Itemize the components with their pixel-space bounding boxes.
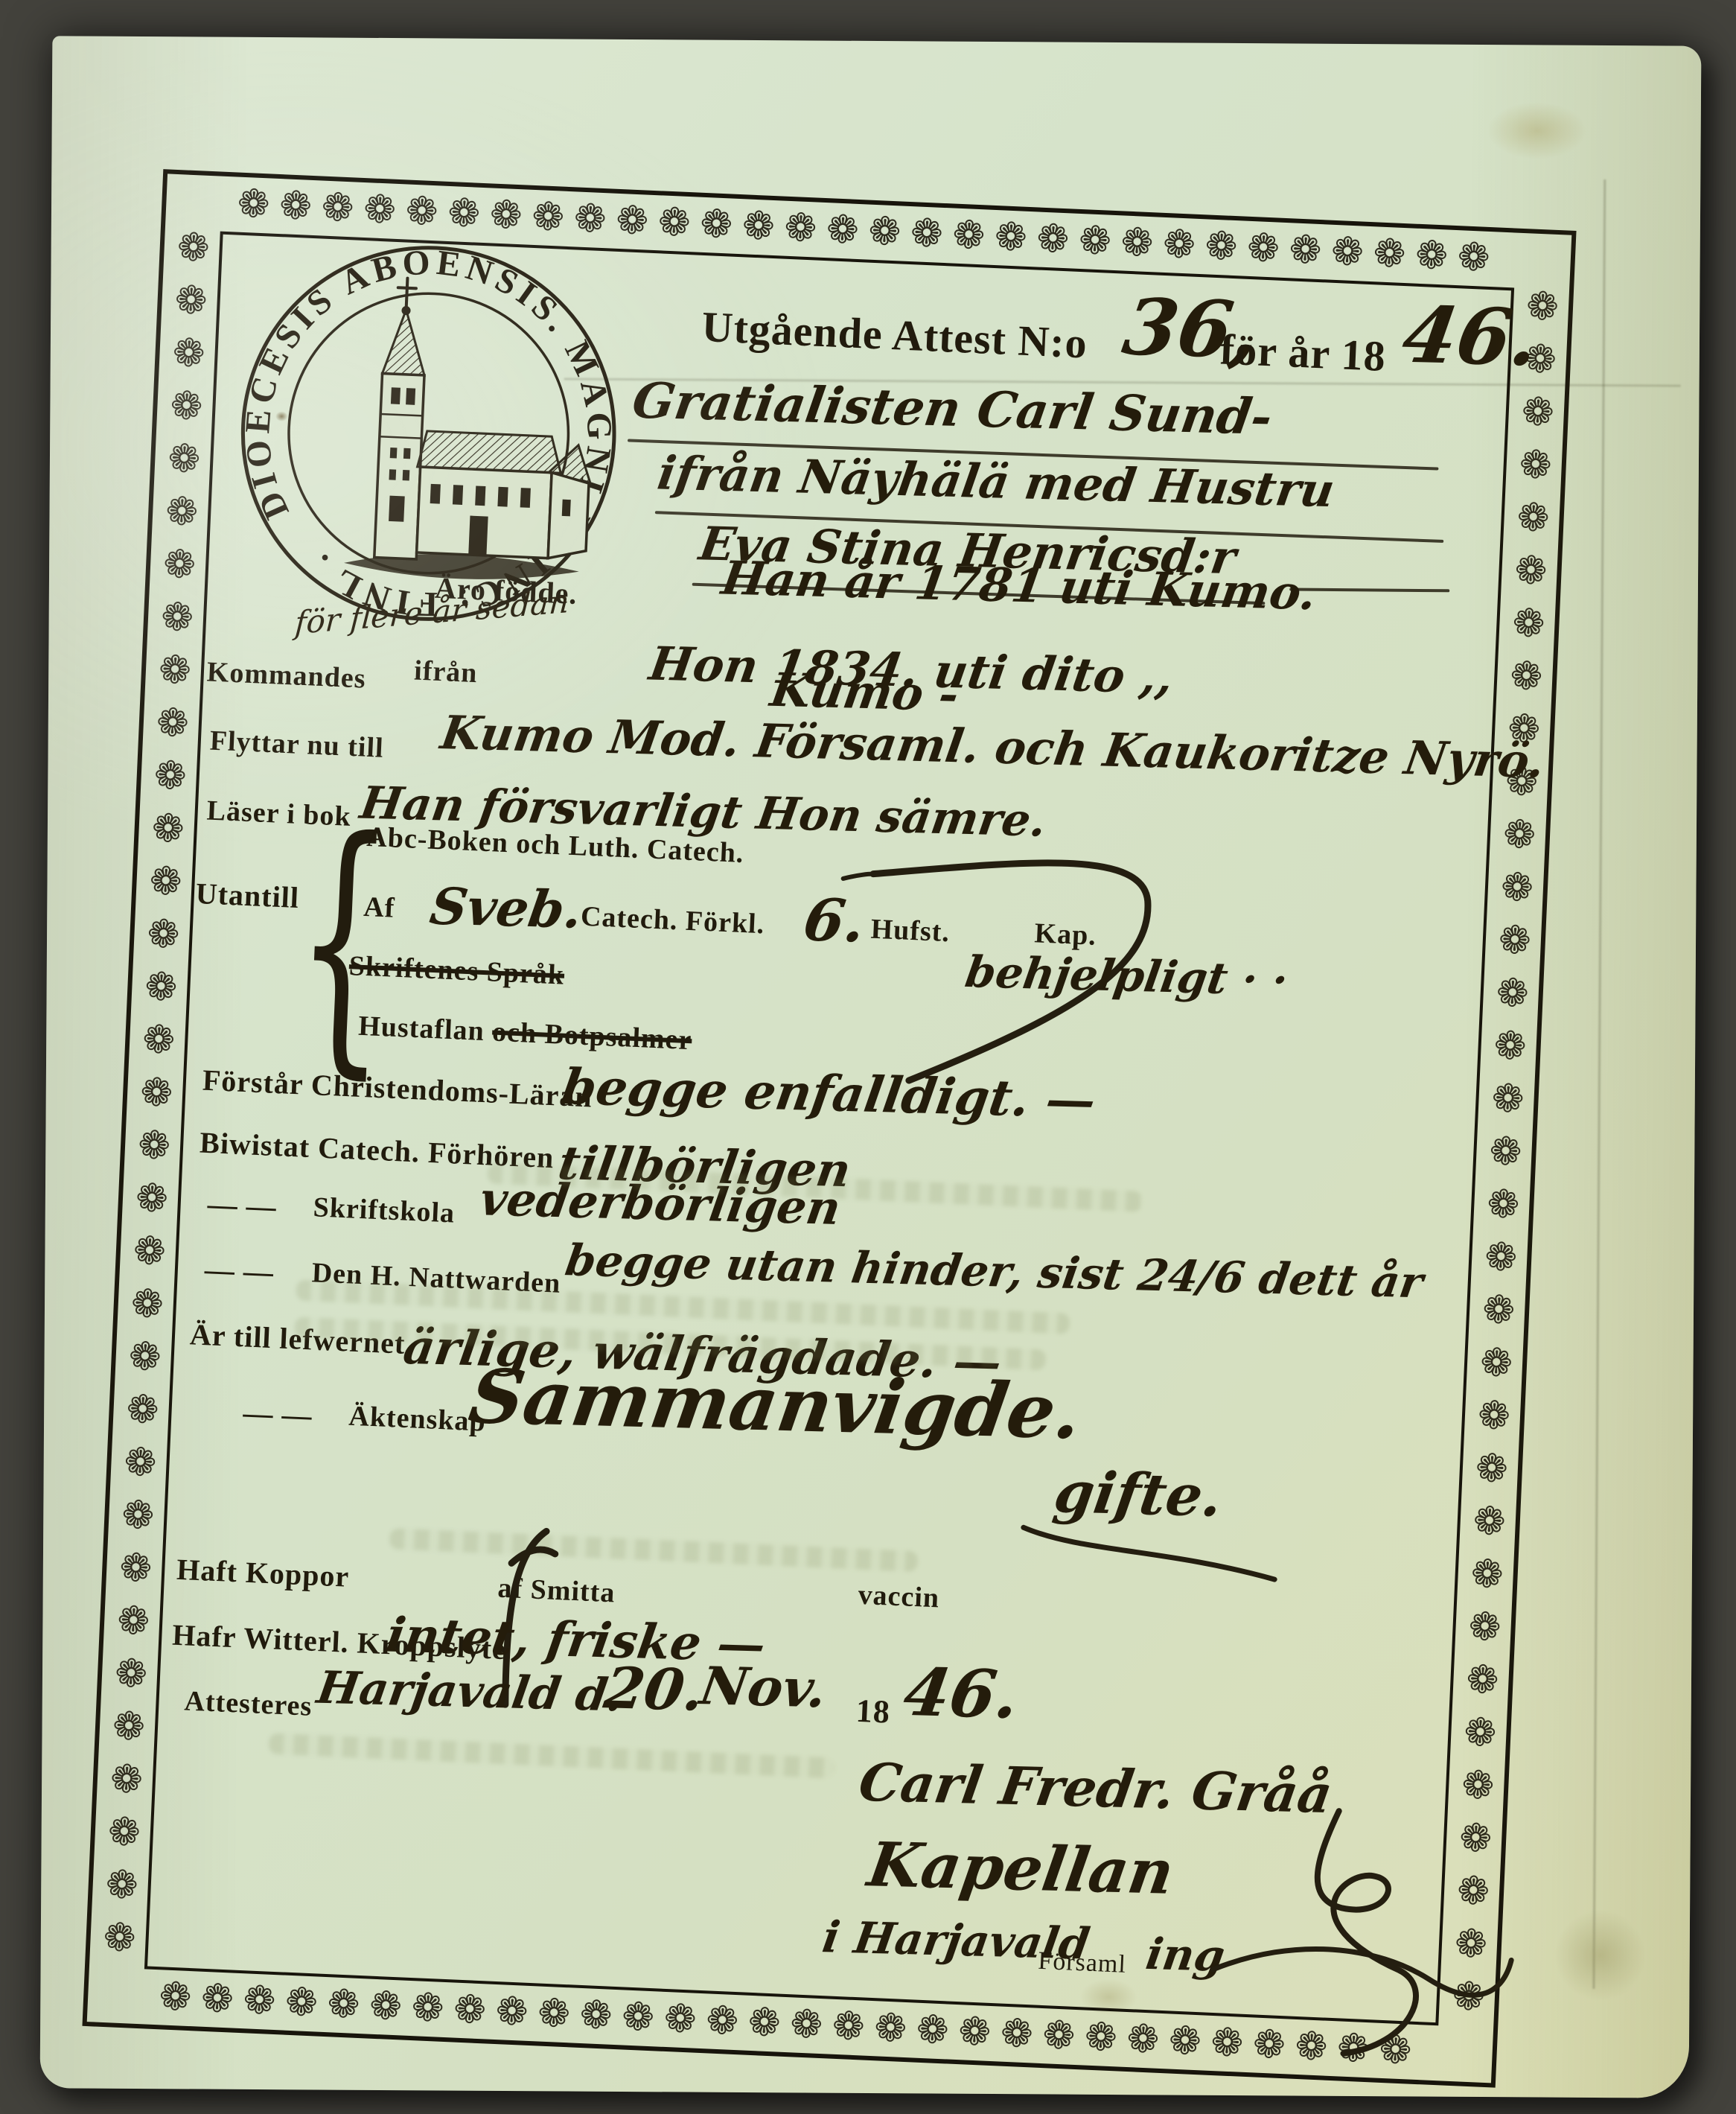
origin-line: ifrån Näyhälä med Hustru (654, 446, 1338, 518)
form-title: Utgående Attest N:o (701, 302, 1088, 369)
ditto-dashes: — — (207, 1186, 278, 1224)
verso-showthrough (389, 1528, 919, 1572)
byheart-line4-keep: Hustaflan (357, 1010, 485, 1047)
fold-crease-vertical (1592, 179, 1606, 1989)
attested-day-value: 20. (600, 1655, 708, 1723)
photograph-background: { "colors":{"paper":"#d7e2c9","ink":"#24… (0, 0, 1736, 2114)
ditto-dashes: — — (243, 1395, 313, 1433)
byheart-line2-af: Af (363, 891, 395, 925)
signature-title: Kapellan (864, 1829, 1178, 1908)
coming-from-value: Kumo - (767, 663, 963, 722)
paper-stain (1536, 1891, 1664, 2019)
attested-place-value: Harjavald d. (313, 1662, 626, 1722)
field-label-attested: Attesteres (184, 1684, 313, 1722)
attest-year-value: 46. (1397, 289, 1545, 383)
field-label-ifran: ifrån (413, 655, 478, 690)
field-label-byheart: Utantill (195, 876, 300, 915)
byheart-result-value: behjelpligt · · (962, 946, 1291, 1005)
paper-stain (1466, 89, 1608, 172)
parish-swash (1203, 1917, 1520, 2035)
field-label-moving-to: Flyttar nu till (209, 725, 385, 765)
form-content-area: DIOECESIS ABOENSIS. MAGNI PRINC: FINL . (144, 232, 1514, 2026)
marriage-value: Sammanvigde. (464, 1352, 1088, 1456)
attested-year-value: 46. (899, 1653, 1024, 1733)
byheart-line2-book-value: Sveb. (427, 877, 587, 940)
parish-printed: Församl (1038, 1947, 1127, 1979)
byheart-line4: Hustaflan och Botpsalmer (357, 1010, 692, 1057)
form-title-year: för år 18 (1219, 324, 1387, 381)
verso-showthrough (269, 1733, 835, 1778)
byheart-line4-struck: och Botpsalmer (491, 1016, 692, 1057)
byheart-line2-mid: Catech. Förkl. (580, 900, 765, 941)
document-paper: ❁❁❁❁❁❁❁❁❁❁❁❁❁❁❁❁❁❁❁❁❁❁❁❁❁❁❁❁❁❁ ❁❁❁❁❁❁❁❁❁… (40, 36, 1702, 2098)
person-name-line: Gratialisten Carl Sund- (629, 372, 1277, 446)
ink-flourish-underline (1013, 1497, 1285, 1599)
field-label-understands: Förstår Christendoms-Läran (202, 1063, 593, 1115)
moving-to-value: Kumo Mod. Församl. och Kaukoritze Nyrö. (437, 705, 1548, 789)
ditto-dashes: — — (204, 1252, 275, 1290)
field-label-coming-from: Kommandes (206, 655, 367, 695)
field-label-skriftskola: Skriftskola (313, 1191, 456, 1229)
ornamental-border-frame: ❁❁❁❁❁❁❁❁❁❁❁❁❁❁❁❁❁❁❁❁❁❁❁❁❁❁❁❁❁❁ ❁❁❁❁❁❁❁❁❁… (82, 169, 1576, 2088)
attested-printed-year: 18 (855, 1692, 891, 1731)
label-vaccin: vaccin (858, 1579, 940, 1615)
field-label-smallpox: Haft Koppor (176, 1552, 350, 1594)
attested-month-value: Nov. (696, 1655, 831, 1719)
